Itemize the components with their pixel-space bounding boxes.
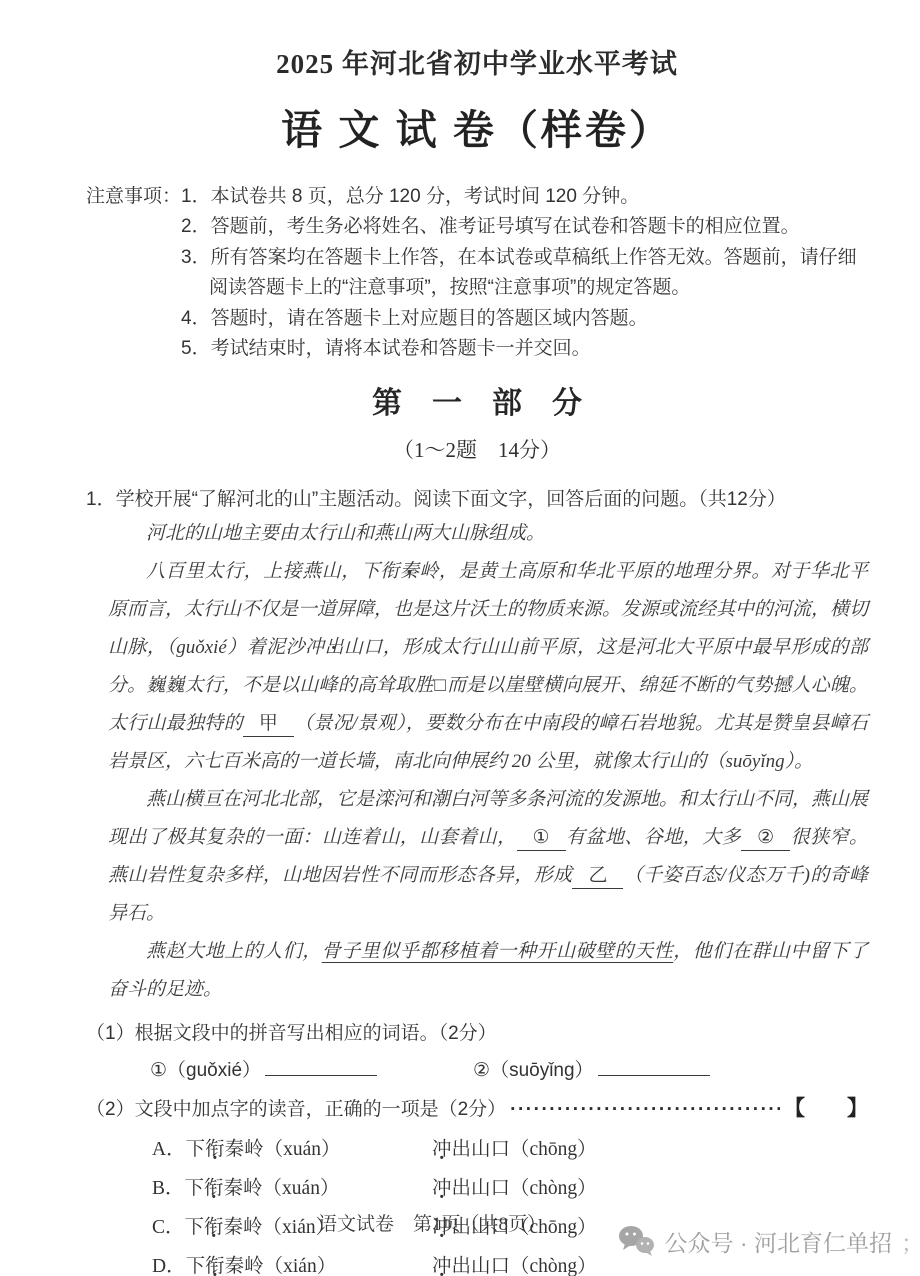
answer-bracket: 【 】: [784, 1092, 868, 1122]
emphasized-char: 冲: [432, 1139, 452, 1160]
notice-item: 1．本试卷共 8 页，总分 120 分，考试时间 120 分钟。: [181, 182, 868, 212]
option-b-right: 冲出山口（chòng）: [432, 1172, 597, 1200]
section-subheading: （1～2题 14分）: [86, 434, 868, 464]
option-text: 下: [186, 1139, 206, 1160]
option-b: B．下衔秦岭（xuán） 冲出山口（chòng）: [152, 1172, 868, 1200]
passage-text: 有盆地、谷地，大多: [566, 827, 742, 848]
option-label: A．: [152, 1139, 186, 1160]
passage-paragraph-1: 河北的山地主要由太行山和燕山两大山脉组成。: [108, 515, 868, 553]
option-text: 秦岭（xuán）: [225, 1139, 341, 1160]
sub-question-1: （1）根据文段中的拼音写出相应的词语。（2分）: [86, 1018, 868, 1045]
question-1-intro: 1．学校开展“了解河北的山”主题活动。阅读下面文字，回答后面的问题。（共12分）: [86, 484, 868, 511]
exam-paper-page: 2025 年河北省初中学业水平考试 语 文 试 卷（样卷） 注意事项： 1．本试…: [0, 0, 920, 1276]
emphasized-char: 衔: [380, 561, 400, 582]
option-text: 秦岭（xuán）: [224, 1178, 340, 1199]
reading-passage: 河北的山地主要由太行山和燕山两大山脉组成。 八百里太行，上接燕山，下衔秦岭，是黄…: [108, 515, 868, 1009]
notice-items: 1．本试卷共 8 页，总分 120 分，考试时间 120 分钟。 2．答题前，考…: [181, 182, 868, 364]
section-heading: 第 一 部 分: [86, 378, 868, 422]
option-a: A．下衔秦岭（xuán） 冲出山口（chōng）: [152, 1133, 868, 1161]
dotted-leader: ·······································: [510, 1099, 780, 1121]
answer-blank-2: [598, 1056, 710, 1076]
option-d-right: 冲出山口（chòng）: [432, 1250, 597, 1276]
option-b-left: B．下衔秦岭（xuán）: [152, 1172, 432, 1200]
paper-title: 语 文 试 卷（样卷）: [86, 97, 868, 156]
blank-yi: 乙: [572, 864, 623, 889]
notice-item: 4．答题时，请在答题卡上对应题目的答题区域内答题。: [181, 304, 868, 334]
emphasized-char: 冲: [432, 1178, 452, 1199]
passage-paragraph-2: 八百里太行，上接燕山，下衔秦岭，是黄土高原和华北平原的地理分界。对于华北平原而言…: [108, 553, 868, 781]
option-a-right: 冲出山口（chōng）: [432, 1133, 597, 1161]
option-text: 秦岭（xián）: [225, 1256, 337, 1276]
notice-item: 2．答题前，考生务必将姓名、准考证号填写在试卷和答题卡的相应位置。: [181, 212, 868, 242]
passage-text: 燕赵大地上的人们，: [146, 941, 322, 962]
watermark-text: 公众号 · 河北育仁单招: [665, 1225, 892, 1258]
option-text: 出山口（chōng）: [452, 1139, 597, 1160]
option-label: D．: [152, 1256, 186, 1276]
blank-2: ②: [741, 826, 790, 851]
notice-block: 注意事项： 1．本试卷共 8 页，总分 120 分，考试时间 120 分钟。 2…: [86, 182, 868, 364]
option-text: 出山口（chòng）: [452, 1256, 597, 1276]
blank-1: ①: [517, 826, 566, 851]
option-text: 下: [185, 1178, 205, 1199]
passage-text: 八百里太行，上接燕山，下: [146, 561, 380, 582]
option-a-left: A．下衔秦岭（xuán）: [152, 1133, 432, 1161]
pinyin-answer-line: ①（guǒxié）②（suōyǐng）: [150, 1055, 868, 1082]
watermark: 公众号 · 河北育仁单招 ；: [618, 1224, 920, 1258]
sub-question-2: （2）文段中加点字的读音，正确的一项是（2分） ················…: [86, 1092, 868, 1122]
punctuation-box-blank: □: [433, 675, 447, 696]
emphasized-char: 衔: [204, 1178, 224, 1199]
sub-question-2-stem: （2）文段中加点字的读音，正确的一项是（2分）: [86, 1094, 506, 1121]
emphasized-char: 衔: [205, 1256, 225, 1276]
notice-item: 3．所有答案均在答题卡上作答，在本试卷或草稿纸上作答无效。答题前，请仔细阅读答题…: [181, 243, 868, 304]
passage-paragraph-4: 燕赵大地上的人们，骨子里似乎都移植着一种开山破壁的天性，他们在群山中留下了奋斗的…: [108, 933, 868, 1009]
wechat-icon: [618, 1224, 656, 1258]
emphasized-char: 衔: [205, 1139, 225, 1160]
exam-title: 2025 年河北省初中学业水平考试: [86, 42, 868, 81]
notice-item: 5．考试结束时，请将本试卷和答题卡一并交回。: [181, 334, 868, 364]
emphasized-char: 冲: [432, 1256, 452, 1276]
underlined-sentence: 骨子里似乎都移植着一种开山破壁的天性: [322, 941, 673, 962]
notice-label: 注意事项：: [86, 182, 181, 364]
passage-paragraph-3: 燕山横亘在河北北部，它是滦河和潮白河等多条河流的发源地。和太行山不同，燕山展现出…: [108, 781, 868, 933]
option-label: B．: [152, 1178, 185, 1199]
pinyin-item-1: ①（guǒxié）: [150, 1060, 261, 1081]
option-text: 出山口（chòng）: [452, 1178, 597, 1199]
watermark-tail: ；: [901, 1225, 920, 1258]
option-d-left: D．下衔秦岭（xián）: [152, 1250, 432, 1276]
option-text: 下: [186, 1256, 206, 1276]
blank-jia: 甲: [243, 712, 294, 737]
answer-blank-1: [265, 1056, 377, 1076]
pinyin-item-2: ②（suōyǐng）: [473, 1060, 594, 1081]
emphasized-char: 冲: [305, 637, 324, 658]
